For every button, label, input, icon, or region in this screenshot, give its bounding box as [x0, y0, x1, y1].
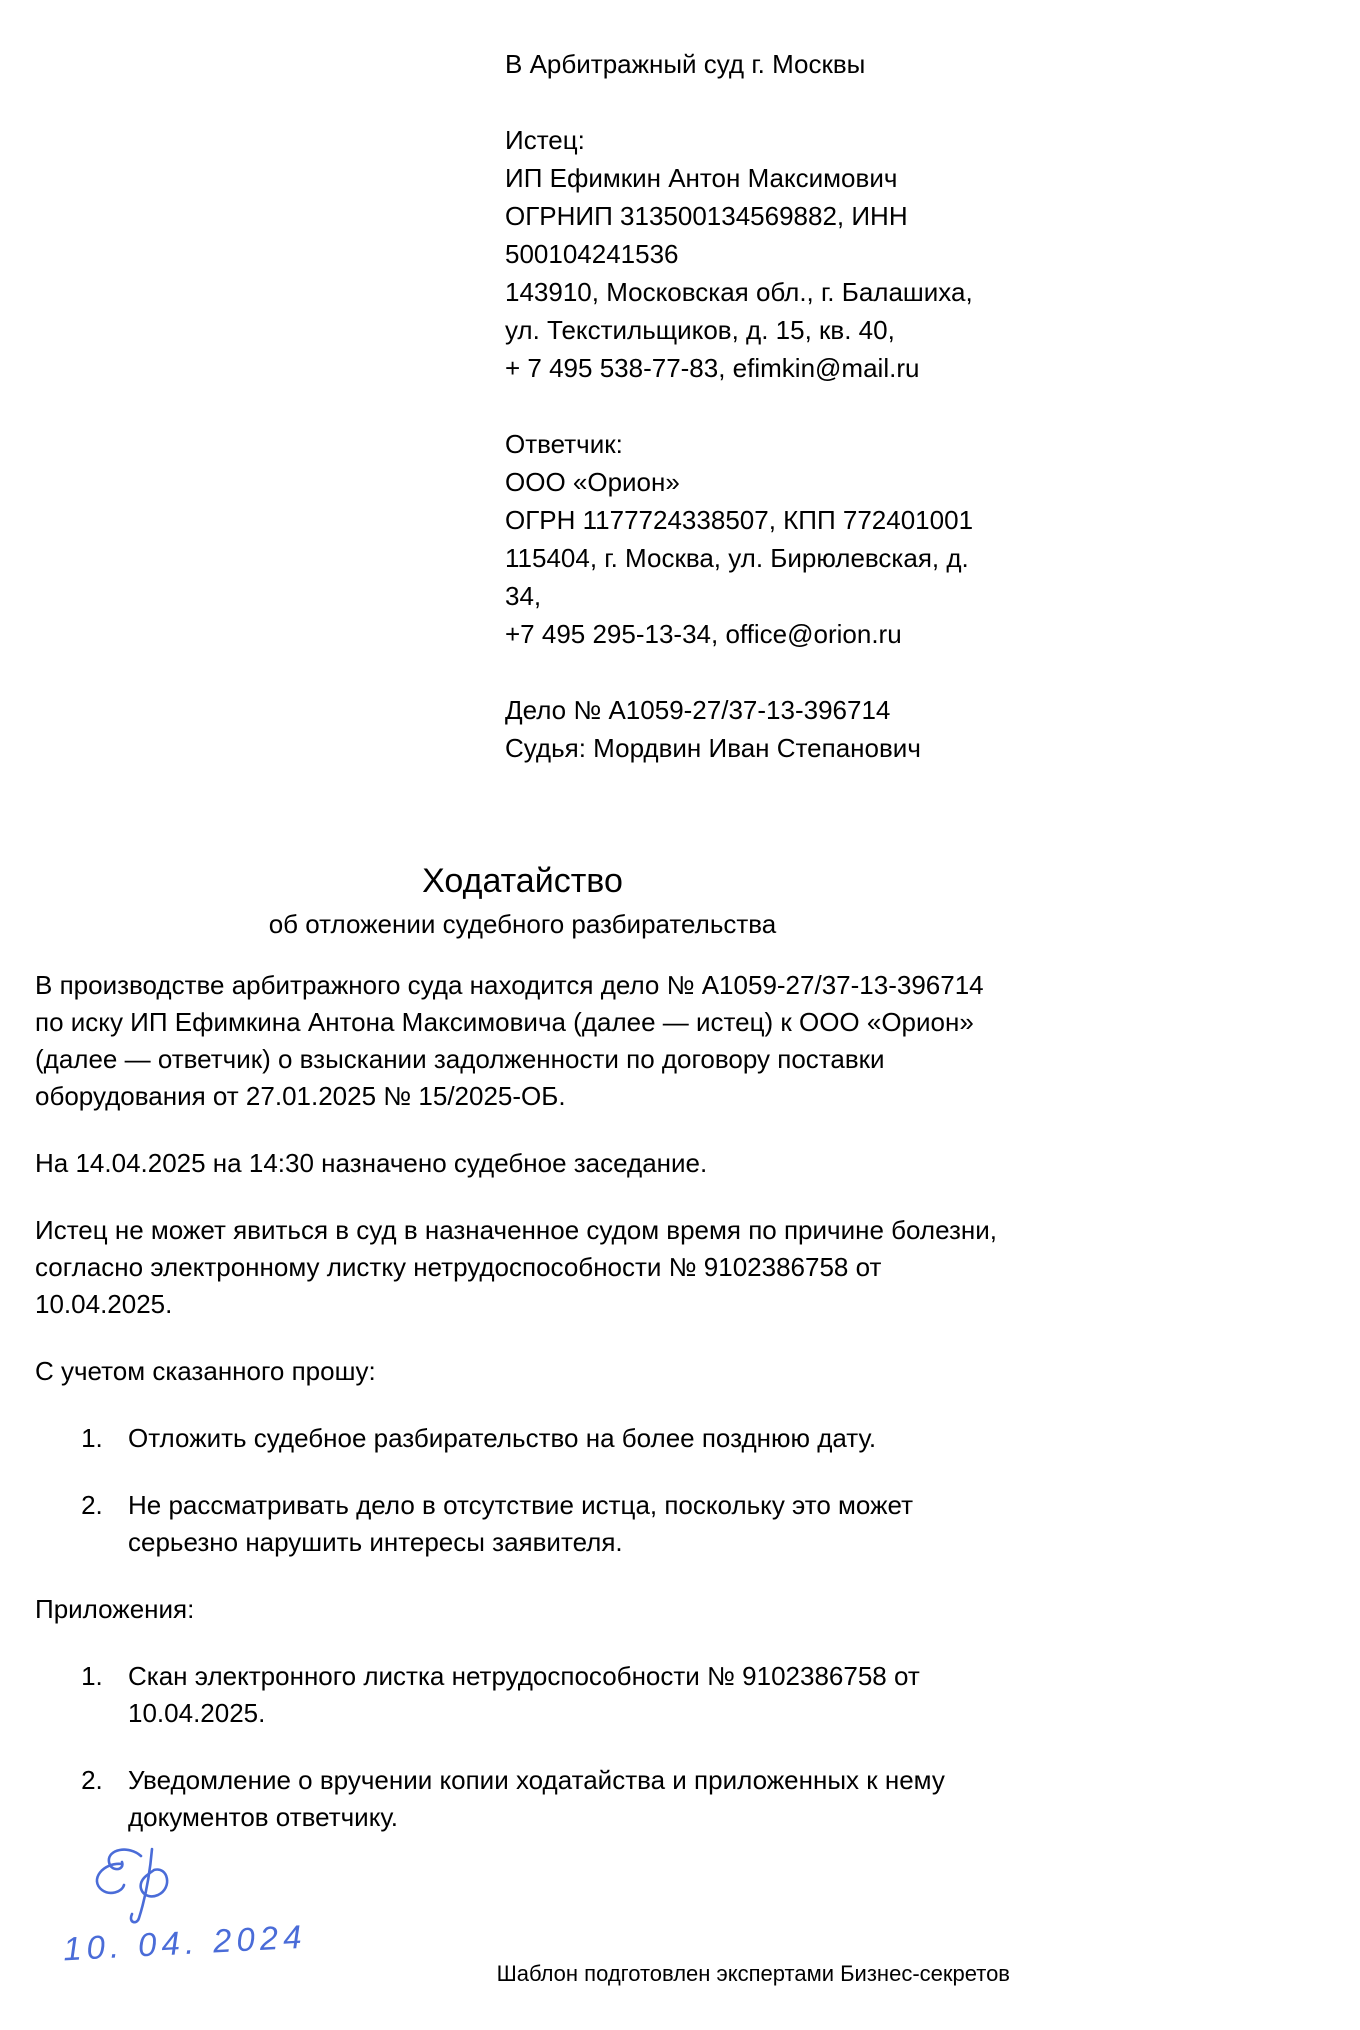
defendant-label: Ответчик: — [505, 425, 1010, 463]
case-block: Дело № А1059-27/37-13-396714 Судья: Морд… — [505, 691, 1010, 767]
plaintiff-address-line-1: 143910, Московская обл., г. Балашиха, — [505, 273, 1010, 311]
plaintiff-name: ИП Ефимкин Антон Максимович — [505, 159, 1010, 197]
defendant-name: ООО «Орион» — [505, 463, 1010, 501]
signature-block: 10. 04. 2024 — [65, 1844, 1010, 1964]
court-address-block: В Арбитражный суд г. Москвы Истец: ИП Еф… — [505, 45, 1010, 767]
plaintiff-phone-email: + 7 495 538-77-83, efimkin@mail.ru — [505, 349, 1010, 387]
defendant-address: 115404, г. Москва, ул. Бирюлевская, д. 3… — [505, 539, 1010, 615]
court-petition-document: { "page": { "background": "#ffffff", "te… — [0, 0, 1360, 2030]
handwritten-date: 10. 04. 2024 — [62, 1918, 307, 1969]
plaintiff-address-line-2: ул. Текстильщиков, д. 15, кв. 40, — [505, 311, 1010, 349]
attachments-list: Скан электронного листка нетрудоспособно… — [35, 1658, 1010, 1836]
court-name: В Арбитражный суд г. Москвы — [505, 45, 1010, 83]
request-intro: С учетом сказанного прошу: — [35, 1353, 1010, 1390]
attachment-item-delivery-notice: Уведомление о вручении копии ходатайства… — [110, 1762, 1010, 1836]
plaintiff-label: Истец: — [505, 121, 1010, 159]
handwritten-signature-icon — [65, 1844, 185, 1926]
case-number: Дело № А1059-27/37-13-396714 — [505, 691, 1010, 729]
request-item-postpone: Отложить судебное разбирательство на бол… — [110, 1420, 1010, 1457]
body-paragraph-hearing-date: На 14.04.2025 на 14:30 назначено судебно… — [35, 1145, 1010, 1182]
plaintiff-ogrnip-inn: ОГРНИП 313500134569882, ИНН 500104241536 — [505, 197, 1010, 273]
footer-credit: Шаблон подготовлен экспертами Бизнес-сек… — [497, 1960, 1010, 1988]
defendant-ogrn-kpp: ОГРН 1177724338507, КПП 772401001 — [505, 501, 1010, 539]
plaintiff-block: Истец: ИП Ефимкин Антон Максимович ОГРНИ… — [505, 121, 1010, 387]
document-title-block: Ходатайство об отложении судебного разби… — [35, 857, 1010, 943]
attachments-label: Приложения: — [35, 1591, 1010, 1628]
defendant-phone-email: +7 495 295-13-34, office@orion.ru — [505, 615, 1010, 653]
document-title: Ходатайство — [35, 857, 1010, 905]
body-paragraph-illness-reason: Истец не может явиться в суд в назначенн… — [35, 1212, 1010, 1323]
attachment-item-sick-leave-scan: Скан электронного листка нетрудоспособно… — [110, 1658, 1010, 1732]
defendant-block: Ответчик: ООО «Орион» ОГРН 1177724338507… — [505, 425, 1010, 653]
body-paragraph-case-description: В производстве арбитражного суда находит… — [35, 967, 1010, 1115]
judge-name: Судья: Мордвин Иван Степанович — [505, 729, 1010, 767]
request-item-no-absentia: Не рассматривать дело в отсутствие истца… — [110, 1487, 1010, 1561]
requests-list: Отложить судебное разбирательство на бол… — [35, 1420, 1010, 1561]
document-subtitle: об отложении судебного разбирательства — [35, 905, 1010, 943]
